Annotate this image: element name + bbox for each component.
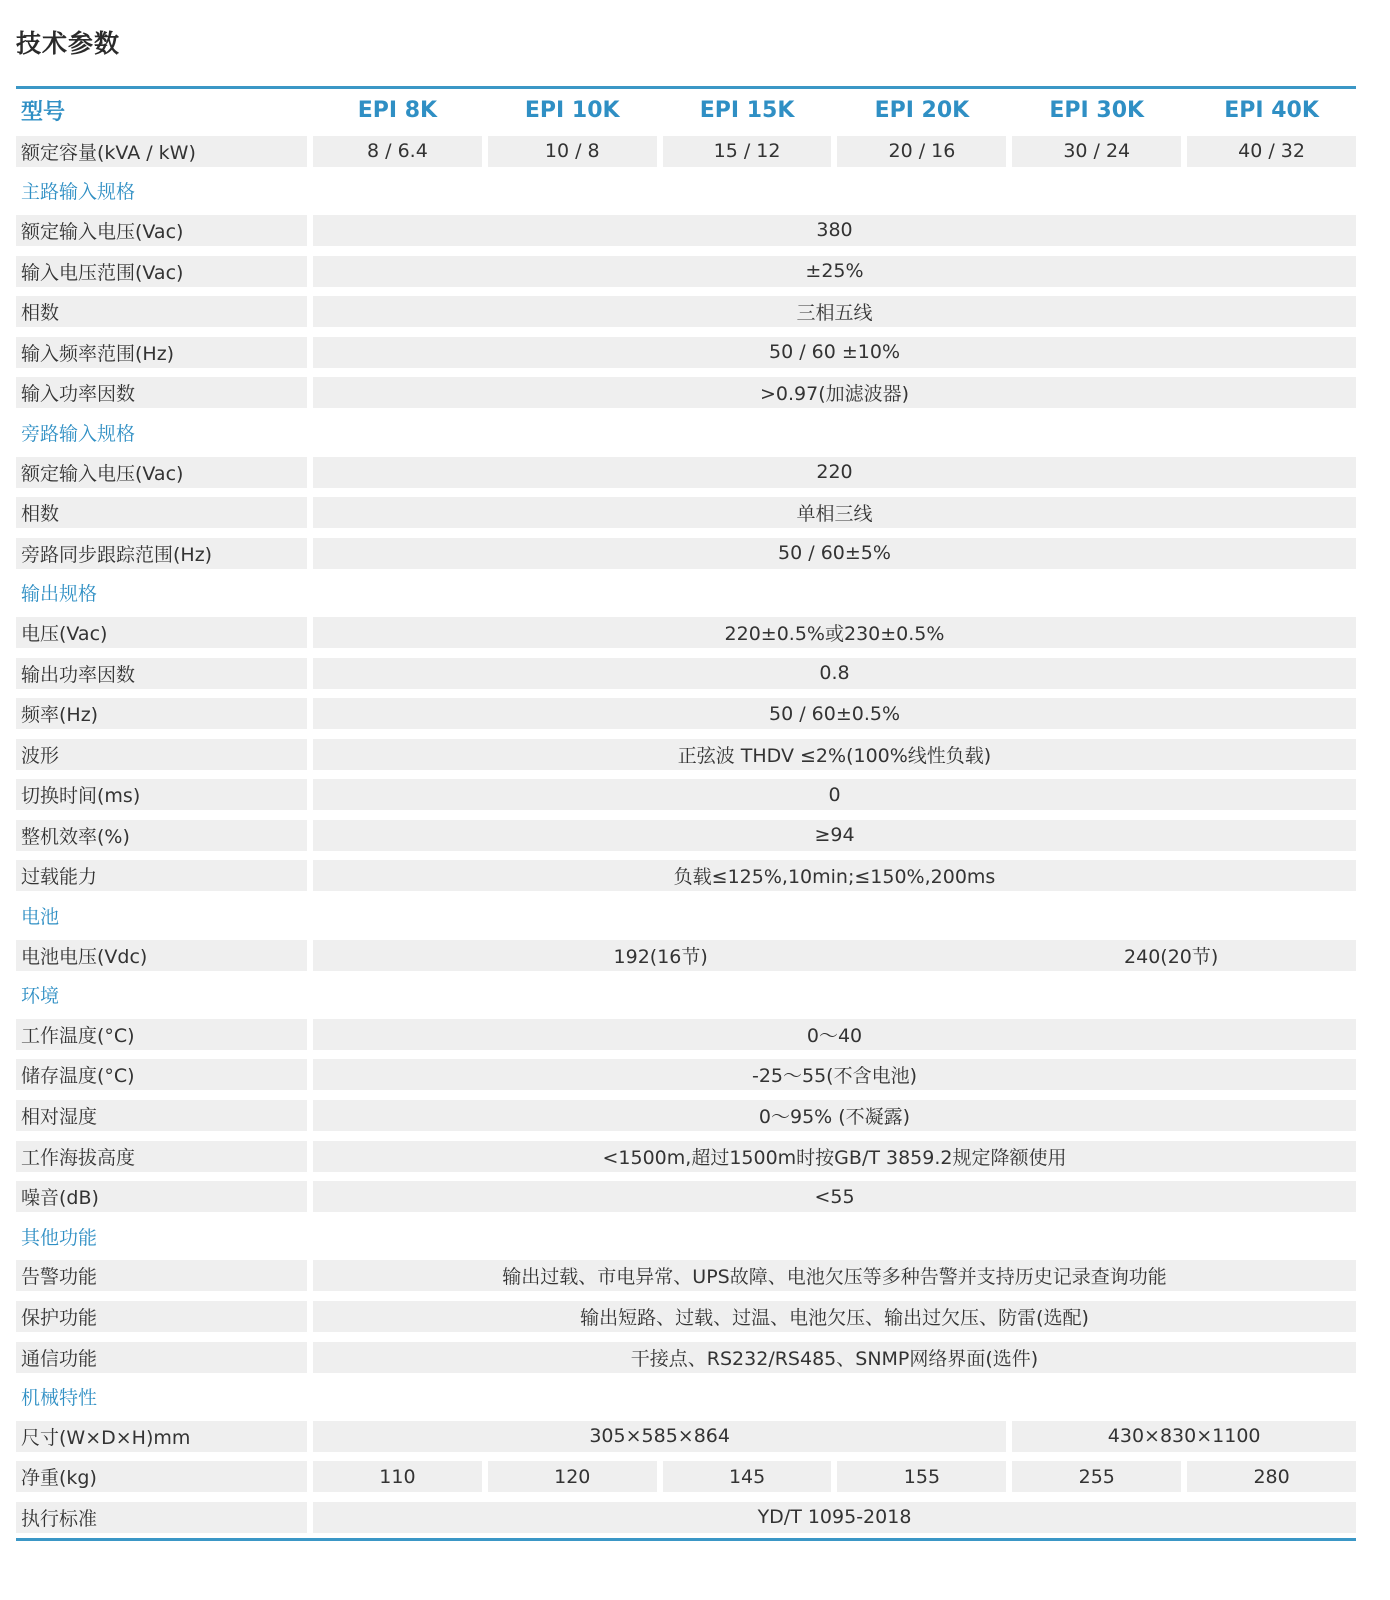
model-header-epi-20k: EPI 20K [837,95,1006,126]
page-title: 技术参数 [16,24,120,60]
row-label: 整机效率(%) [16,820,307,851]
table-row: 切换时间(ms) 0 [16,775,1356,816]
row-value: 0 [313,779,1356,810]
row-label: 切换时间(ms) [16,779,307,810]
row-label: 波形 [16,739,307,770]
table-row: 储存温度(°C) -25～55(不含电池) [16,1055,1356,1096]
row-value: 负载≤125%,10min;≤150%,200ms [313,860,1356,891]
row-value: 50 / 60 ±10% [313,337,1356,368]
model-header-epi-40k: EPI 40K [1187,95,1356,126]
row-label: 输出功率因数 [16,658,307,689]
battery-voltage-small-models: 192(16节) [313,940,1008,971]
row-label: 电压(Vac) [16,617,307,648]
row-value: 0～40 [313,1019,1356,1050]
section-heading-mechanical: 机械特性 [16,1377,1356,1416]
row-value: YD/T 1095-2018 [313,1502,1356,1533]
row-value: 正弦波 THDV ≤2%(100%线性负载) [313,739,1356,770]
row-label: 额定输入电压(Vac) [16,457,307,488]
section-heading-bypass-input: 旁路输入规格 [16,413,1356,452]
table-row: 通信功能 干接点、RS232/RS485、SNMP网络界面(选件) [16,1337,1356,1378]
row-value: ±25% [313,256,1356,287]
spec-table: 型号 EPI 8K EPI 10K EPI 15K EPI 20K EPI 30… [16,86,1356,1541]
model-header-epi-8k: EPI 8K [313,95,482,126]
table-row: 工作温度(°C) 0～40 [16,1014,1356,1055]
row-label: 输入频率范围(Hz) [16,337,307,368]
model-header-epi-30k: EPI 30K [1012,95,1181,126]
row-label: 储存温度(°C) [16,1059,307,1090]
row-value: >0.97(加滤波器) [313,377,1356,408]
row-value: 输出短路、过载、过温、电池欠压、输出过欠压、防雷(选配) [313,1301,1356,1332]
table-row: 相数 单相三线 [16,492,1356,533]
capacity-value: 20 / 16 [837,136,1006,167]
capacity-value: 8 / 6.4 [313,136,482,167]
row-label: 输入电压范围(Vac) [16,256,307,287]
table-row: 输入频率范围(Hz) 50 / 60 ±10% [16,332,1356,373]
weight-value: 110 [313,1461,482,1492]
weight-value: 120 [488,1461,657,1492]
row-value: ≥94 [313,820,1356,851]
table-row: 告警功能 输出过载、市电异常、UPS故障、电池欠压等多种告警并支持历史记录查询功… [16,1256,1356,1297]
row-value: -25～55(不含电池) [313,1059,1356,1090]
model-header-label: 型号 [16,95,307,126]
row-label: 净重(kg) [16,1461,307,1492]
table-row: 整机效率(%) ≥94 [16,815,1356,856]
row-value: <55 [313,1181,1356,1212]
section-heading-battery: 电池 [16,896,1356,935]
table-row: 输入电压范围(Vac) ±25% [16,251,1356,292]
row-label: 相对湿度 [16,1100,307,1131]
row-label: 尺寸(W×D×H)mm [16,1421,307,1452]
table-row: 电压(Vac) 220±0.5%或230±0.5% [16,612,1356,653]
row-value: 输出过载、市电异常、UPS故障、电池欠压等多种告警并支持历史记录查询功能 [313,1260,1356,1291]
row-label: 频率(Hz) [16,698,307,729]
table-row-capacity: 额定容量(kVA / kW) 8 / 6.4 10 / 8 15 / 12 20… [16,131,1356,172]
capacity-value: 40 / 32 [1187,136,1356,167]
table-row: 相对湿度 0～95% (不凝露) [16,1095,1356,1136]
battery-voltage-large-models: 240(20节) [986,940,1356,971]
table-row: 输入功率因数 >0.97(加滤波器) [16,373,1356,414]
table-row: 输出功率因数 0.8 [16,653,1356,694]
row-value: 50 / 60±0.5% [313,698,1356,729]
row-value: 380 [313,215,1356,246]
capacity-value: 15 / 12 [663,136,832,167]
section-heading-main-input: 主路输入规格 [16,172,1356,211]
row-value: 50 / 60±5% [313,538,1356,569]
table-row: 旁路同步跟踪范围(Hz) 50 / 60±5% [16,533,1356,574]
row-label: 额定容量(kVA / kW) [16,136,307,167]
table-row-weight: 净重(kg) 110 120 145 155 255 280 [16,1457,1356,1498]
row-label: 旁路同步跟踪范围(Hz) [16,538,307,569]
row-label: 相数 [16,296,307,327]
row-label: 保护功能 [16,1301,307,1332]
row-label: 相数 [16,497,307,528]
weight-value: 280 [1187,1461,1356,1492]
row-label: 输入功率因数 [16,377,307,408]
table-row-standard: 执行标准 YD/T 1095-2018 [16,1497,1356,1538]
row-value: 三相五线 [313,296,1356,327]
capacity-value: 10 / 8 [488,136,657,167]
row-value: 0.8 [313,658,1356,689]
table-row: 过载能力 负载≤125%,10min;≤150%,200ms [16,856,1356,897]
model-header-row: 型号 EPI 8K EPI 10K EPI 15K EPI 20K EPI 30… [16,89,1356,131]
weight-value: 255 [1012,1461,1181,1492]
row-value: 220 [313,457,1356,488]
table-row: 波形 正弦波 THDV ≤2%(100%线性负载) [16,734,1356,775]
table-row: 保护功能 输出短路、过载、过温、电池欠压、输出过欠压、防雷(选配) [16,1296,1356,1337]
table-row: 频率(Hz) 50 / 60±0.5% [16,693,1356,734]
weight-value: 155 [837,1461,1006,1492]
table-row: 额定输入电压(Vac) 220 [16,452,1356,493]
row-label: 通信功能 [16,1342,307,1373]
table-row: 噪音(dB) <55 [16,1176,1356,1217]
dimensions-small-models: 305×585×864 [313,1421,1006,1452]
row-value: <1500m,超过1500m时按GB/T 3859.2规定降额使用 [313,1141,1356,1172]
table-row: 工作海拔高度 <1500m,超过1500m时按GB/T 3859.2规定降额使用 [16,1136,1356,1177]
model-header-epi-15k: EPI 15K [663,95,832,126]
row-value: 220±0.5%或230±0.5% [313,617,1356,648]
row-label: 额定输入电压(Vac) [16,215,307,246]
table-row: 额定输入电压(Vac) 380 [16,210,1356,251]
table-row: 相数 三相五线 [16,291,1356,332]
row-label: 噪音(dB) [16,1181,307,1212]
capacity-value: 30 / 24 [1012,136,1181,167]
model-header-epi-10k: EPI 10K [488,95,657,126]
row-value: 单相三线 [313,497,1356,528]
table-row-battery-voltage: 电池电压(Vdc) 192(16节) 240(20节) [16,935,1356,976]
row-label: 工作海拔高度 [16,1141,307,1172]
row-label: 工作温度(°C) [16,1019,307,1050]
row-label: 过载能力 [16,860,307,891]
row-label: 执行标准 [16,1502,307,1533]
dimensions-large-models: 430×830×1100 [1012,1421,1356,1452]
section-heading-output: 输出规格 [16,574,1356,613]
section-heading-environment: 环境 [16,975,1356,1014]
row-value: 干接点、RS232/RS485、SNMP网络界面(选件) [313,1342,1356,1373]
section-heading-other-functions: 其他功能 [16,1217,1356,1256]
table-row-dimensions: 尺寸(W×D×H)mm 305×585×864 430×830×1100 [16,1416,1356,1457]
row-value: 0～95% (不凝露) [313,1100,1356,1131]
weight-value: 145 [663,1461,832,1492]
row-label: 告警功能 [16,1260,307,1291]
row-label: 电池电压(Vdc) [16,940,307,971]
